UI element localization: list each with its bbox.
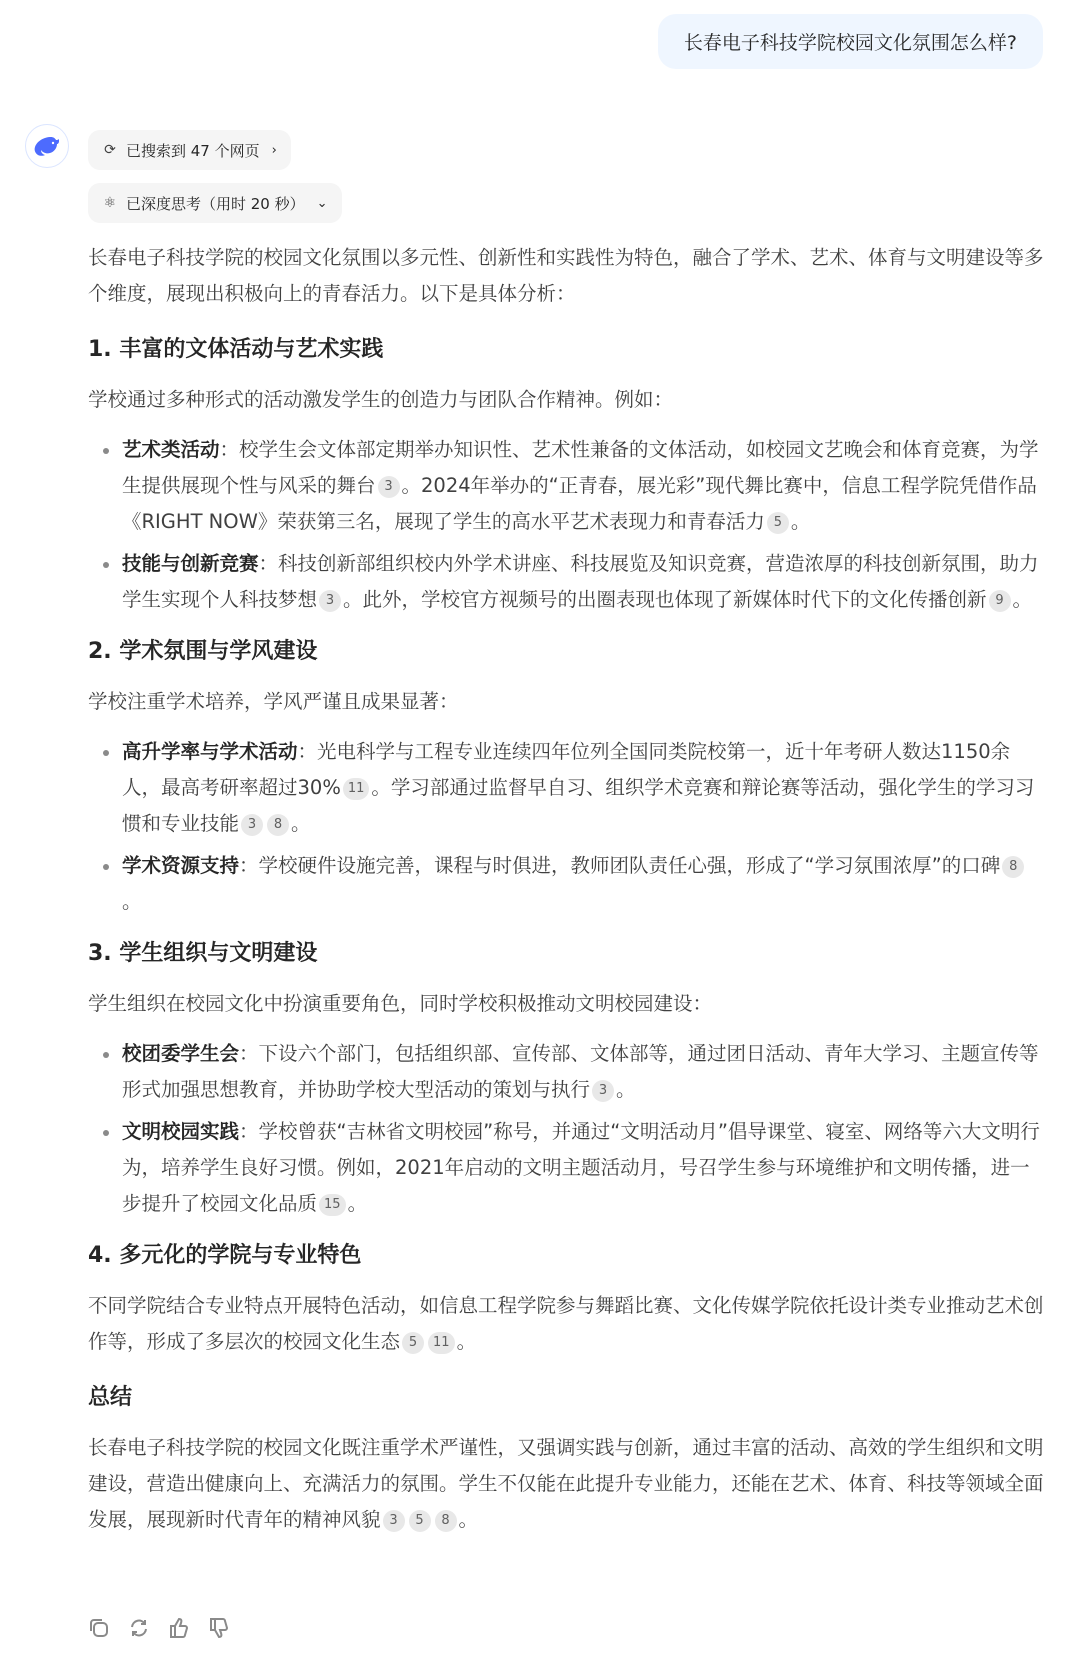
atom-icon: ⚛ xyxy=(102,195,118,211)
deep-think-label: 已深度思考（用时 20 秒） xyxy=(126,193,305,214)
copy-button[interactable] xyxy=(88,1615,110,1641)
paragraph-text: 长春电子科技学院的校园文化既注重学术严谨性，又强调实践与创新，通过丰富的活动、高… xyxy=(88,1436,1044,1531)
bullet-title: 学术资源支持 xyxy=(122,854,239,877)
citation-badge[interactable]: 5 xyxy=(767,512,789,534)
list-item: 学术资源支持：学校硬件设施完善，课程与时俱进，教师团队责任心强，形成了“学习氛围… xyxy=(88,848,1044,920)
user-message-bubble: 长春电子科技学院校园文化氛围怎么样? xyxy=(658,14,1043,69)
citation-badge[interactable]: 3 xyxy=(319,590,341,612)
bullet-text: 。 xyxy=(791,510,811,533)
assistant-avatar xyxy=(25,124,69,168)
paragraph-text: 。 xyxy=(457,1330,477,1353)
bullet-text: 。 xyxy=(291,812,311,835)
citation-badge[interactable]: 15 xyxy=(319,1194,346,1216)
bullet-title: 艺术类活动 xyxy=(122,438,220,461)
bullet-text: ：下设六个部门，包括组织部、宣传部、文体部等，通过团日活动、青年大学习、主题宣传… xyxy=(122,1042,1039,1101)
thumbs-up-icon xyxy=(168,1617,190,1639)
search-results-chip[interactable]: ⟳ 已搜索到 47 个网页 › xyxy=(88,130,291,170)
dislike-button[interactable] xyxy=(208,1615,230,1641)
list-item: 校团委学生会：下设六个部门，包括组织部、宣传部、文体部等，通过团日活动、青年大学… xyxy=(88,1036,1044,1108)
citation-badge[interactable]: 5 xyxy=(409,1510,431,1532)
bullet-title: 高升学率与学术活动 xyxy=(122,740,298,763)
section-lead: 学生组织在校园文化中扮演重要角色，同时学校积极推动文明校园建设： xyxy=(88,986,1044,1022)
paragraph-text: 不同学院结合专业特点开展特色活动，如信息工程学院参与舞蹈比赛、文化传媒学院依托设… xyxy=(88,1294,1044,1353)
list-item: 文明校园实践：学校曾获“吉林省文明校园”称号，并通过“文明活动月”倡导课堂、寝室… xyxy=(88,1114,1044,1222)
section-heading: 1. 丰富的文体活动与艺术实践 xyxy=(88,332,1044,368)
chevron-down-icon: ⌄ xyxy=(317,196,328,211)
section-heading: 2. 学术氛围与学风建设 xyxy=(88,634,1044,670)
citation-badge[interactable]: 3 xyxy=(241,814,263,836)
section-lead: 学校通过多种形式的活动激发学生的创造力与团队合作精神。例如： xyxy=(88,382,1044,418)
bullet-text: 。此外，学校官方视频号的出圈表现也体现了新媒体时代下的文化传播创新 xyxy=(343,588,987,611)
intro-paragraph: 长春电子科技学院的校园文化氛围以多元性、创新性和实践性为特色，融合了学术、艺术、… xyxy=(88,240,1044,312)
citation-badge[interactable]: 3 xyxy=(383,1510,405,1532)
like-button[interactable] xyxy=(168,1615,190,1641)
citation-badge[interactable]: 5 xyxy=(402,1332,424,1354)
bullet-text: 。 xyxy=(616,1078,636,1101)
section-heading: 4. 多元化的学院与专业特色 xyxy=(88,1238,1044,1274)
citation-badge[interactable]: 9 xyxy=(989,590,1011,612)
regenerate-button[interactable] xyxy=(128,1615,150,1641)
citation-badge[interactable]: 3 xyxy=(378,476,400,498)
bullet-text: ：学校硬件设施完善，课程与时俱进，教师团队责任心强，形成了“学习氛围浓厚”的口碑 xyxy=(239,854,1000,877)
user-message-text: 长春电子科技学院校园文化氛围怎么样? xyxy=(684,28,1017,55)
assistant-response: 长春电子科技学院的校园文化氛围以多元性、创新性和实践性为特色，融合了学术、艺术、… xyxy=(88,240,1044,1538)
deep-think-chip[interactable]: ⚛ 已深度思考（用时 20 秒） ⌄ xyxy=(88,183,342,223)
bullet-list: 校团委学生会：下设六个部门，包括组织部、宣传部、文体部等，通过团日活动、青年大学… xyxy=(88,1036,1044,1222)
citation-badge[interactable]: 3 xyxy=(592,1080,614,1102)
paragraph-text: 。 xyxy=(459,1508,479,1531)
list-item: 高升学率与学术活动：光电科学与工程专业连续四年位列全国同类院校第一，近十年考研人… xyxy=(88,734,1044,842)
bullet-title: 技能与创新竞赛 xyxy=(122,552,259,575)
bullet-text: ：学校曾获“吉林省文明校园”称号，并通过“文明活动月”倡导课堂、寝室、网络等六大… xyxy=(122,1120,1040,1215)
bullet-text: 。 xyxy=(1013,588,1033,611)
regenerate-icon xyxy=(128,1617,150,1639)
list-item: 艺术类活动：校学生会文体部定期举办知识性、艺术性兼备的文体活动，如校园文艺晚会和… xyxy=(88,432,1044,540)
bullet-text: 。 xyxy=(348,1192,368,1215)
thumbs-down-icon xyxy=(208,1617,230,1639)
summary-heading: 总结 xyxy=(88,1380,1044,1416)
bullet-title: 文明校园实践 xyxy=(122,1120,239,1143)
search-results-label: 已搜索到 47 个网页 xyxy=(126,140,260,161)
citation-badge[interactable]: 11 xyxy=(428,1332,455,1354)
section-lead: 学校注重学术培养，学风严谨且成果显著： xyxy=(88,684,1044,720)
summary-paragraph: 长春电子科技学院的校园文化既注重学术严谨性，又强调实践与创新，通过丰富的活动、高… xyxy=(88,1430,1044,1538)
whale-logo-icon xyxy=(32,134,62,158)
citation-badge[interactable]: 8 xyxy=(267,814,289,836)
citation-badge[interactable]: 8 xyxy=(1002,856,1024,878)
section-lead: 不同学院结合专业特点开展特色活动，如信息工程学院参与舞蹈比赛、文化传媒学院依托设… xyxy=(88,1288,1044,1360)
section-heading: 3. 学生组织与文明建设 xyxy=(88,936,1044,972)
bullet-text: 。 xyxy=(122,890,142,913)
citation-badge[interactable]: 11 xyxy=(343,778,370,800)
search-refresh-icon: ⟳ xyxy=(102,142,118,158)
list-item: 技能与创新竞赛：科技创新部组织校内外学术讲座、科技展览及知识竞赛，营造浓厚的科技… xyxy=(88,546,1044,618)
bullet-list: 艺术类活动：校学生会文体部定期举办知识性、艺术性兼备的文体活动，如校园文艺晚会和… xyxy=(88,432,1044,618)
copy-icon xyxy=(88,1617,110,1639)
message-actions xyxy=(88,1615,230,1641)
bullet-list: 高升学率与学术活动：光电科学与工程专业连续四年位列全国同类院校第一，近十年考研人… xyxy=(88,734,1044,920)
chevron-right-icon: › xyxy=(272,143,277,158)
bullet-title: 校团委学生会 xyxy=(122,1042,239,1065)
citation-badge[interactable]: 8 xyxy=(435,1510,457,1532)
